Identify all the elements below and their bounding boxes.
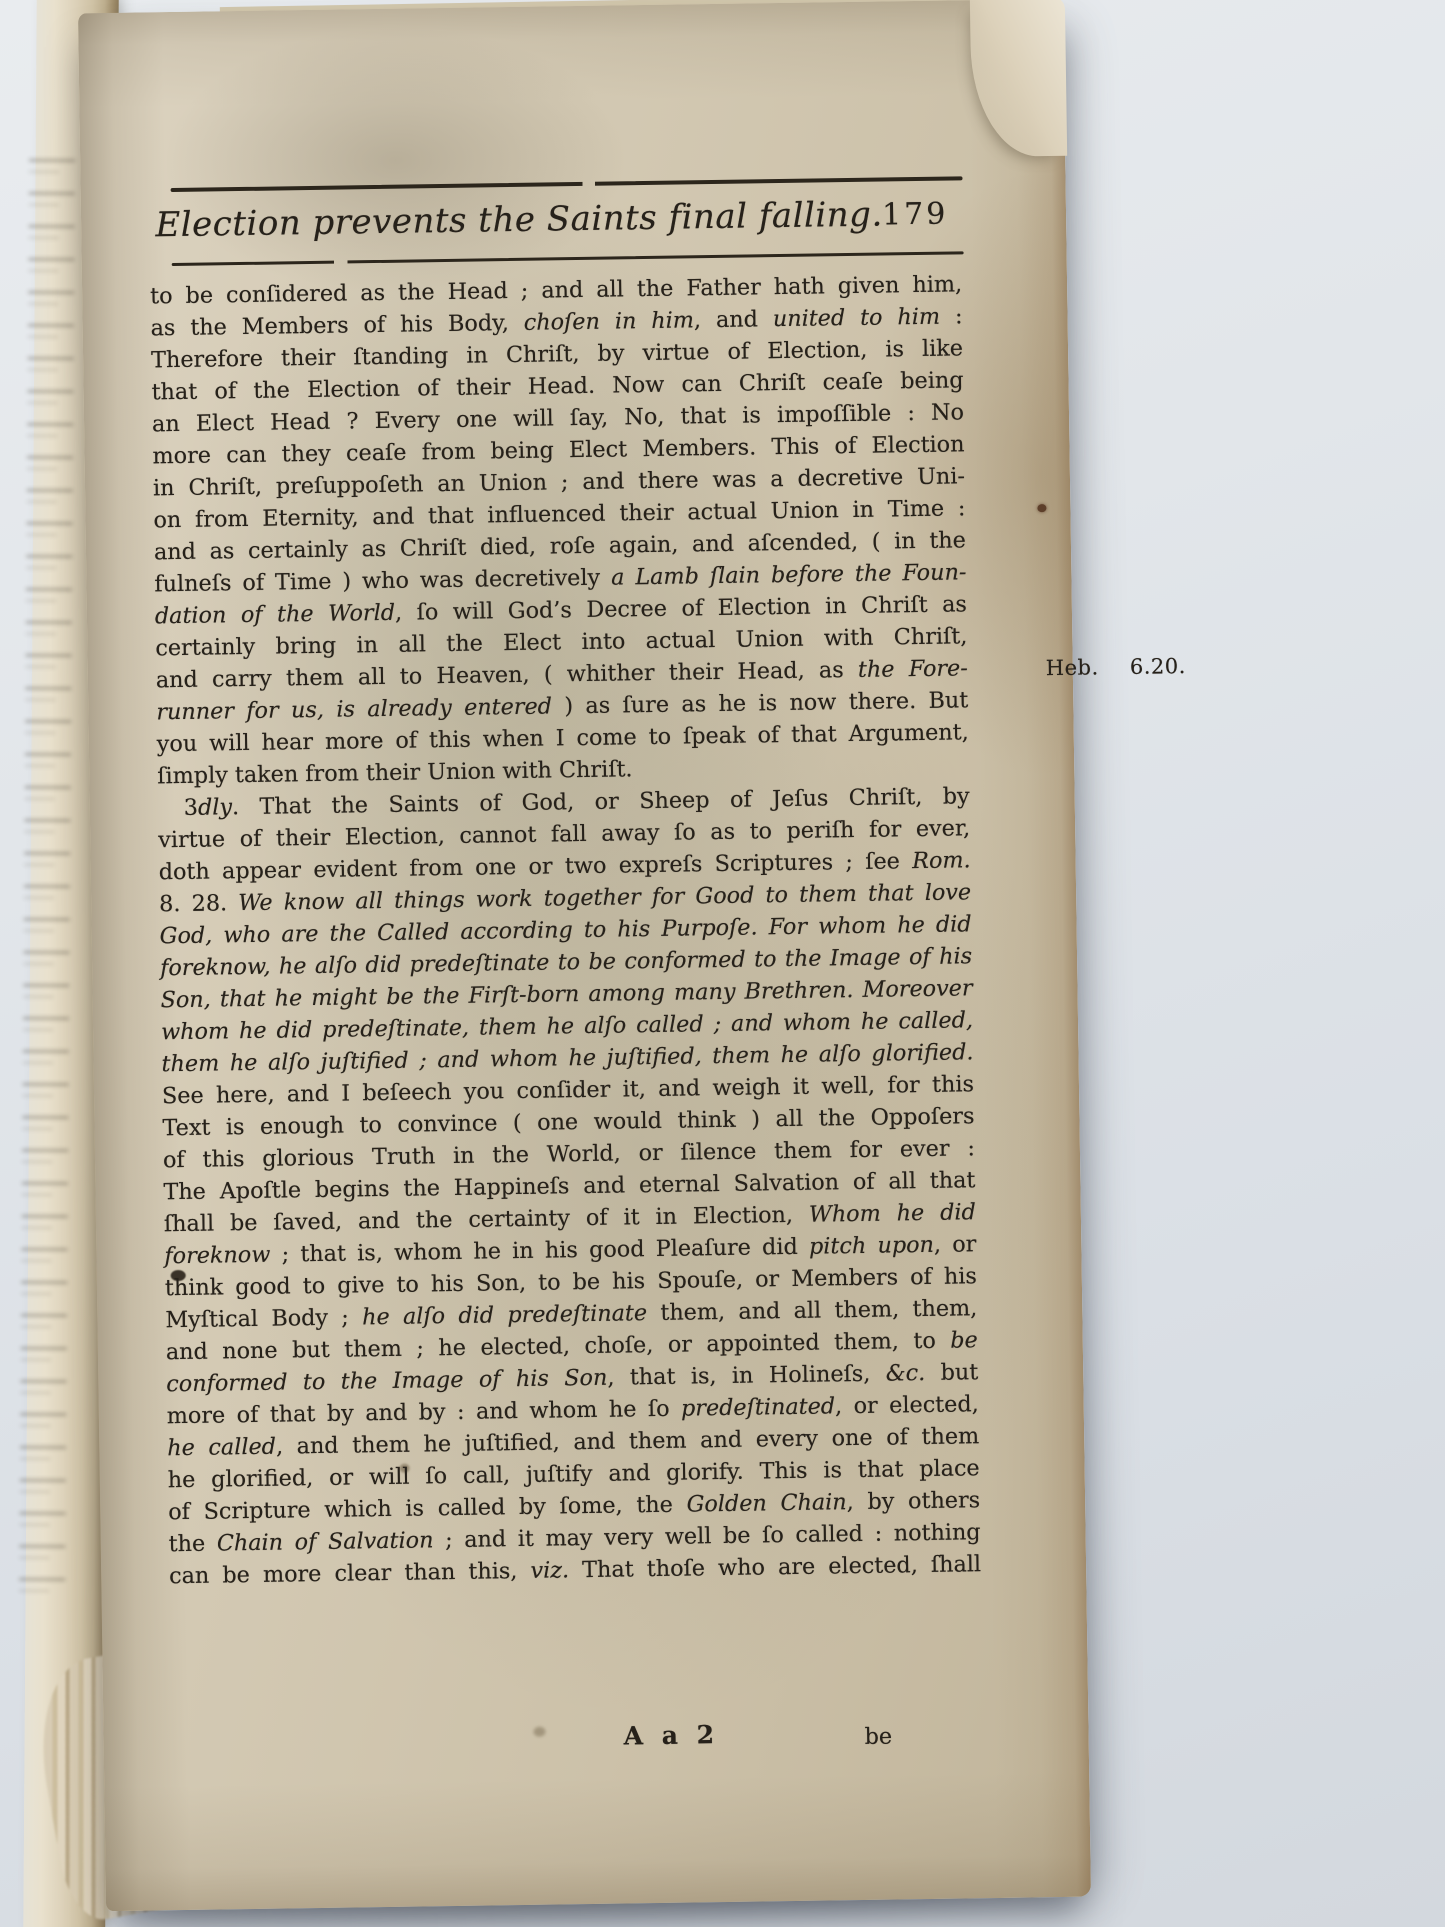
text-segment: ; and it may very well be ſo called : no… xyxy=(433,1519,981,1553)
margin-note: Heb. 6.20. xyxy=(1046,650,1186,684)
text-segment: them, and all them, them, xyxy=(647,1295,978,1326)
text-segment: , or xyxy=(934,1231,977,1258)
text-segment: dly xyxy=(198,794,232,821)
signature-mark: A a 2 xyxy=(623,1720,719,1750)
text-segment: more of that by and by : and whom he ſo xyxy=(167,1396,682,1430)
text-segment: as the Members of his Body, xyxy=(150,310,524,342)
book-page: Election prevents the Saints final falli… xyxy=(78,0,1091,1911)
text-segment: runner for us, is already entered xyxy=(156,693,552,725)
photo-backdrop: Election prevents the Saints final falli… xyxy=(0,0,1445,1927)
text-segment: foreknow xyxy=(164,1242,270,1270)
page-corner-curl xyxy=(970,0,1067,157)
text-segment: he alſo did predeſtinate xyxy=(362,1300,647,1330)
text-segment: of Scripture which is called by ſome, th… xyxy=(168,1492,687,1526)
text-segment: ) as ſure as he is now there. But xyxy=(552,687,969,719)
page-number: 179 xyxy=(882,186,973,243)
text-segment: , by others xyxy=(847,1487,981,1515)
text-segment: 3 xyxy=(184,795,199,821)
text-segment: 8. 28. xyxy=(159,890,239,917)
signature-row: A a 2 be xyxy=(171,1716,983,1762)
text-segment: dation of the World xyxy=(155,600,395,630)
text-segment: , and xyxy=(694,306,773,333)
text-segment: the Fore- xyxy=(858,655,968,683)
text-segment: the xyxy=(169,1531,218,1558)
text-segment: , that is, in Holineſs, xyxy=(607,1361,886,1391)
text-segment: viz. xyxy=(530,1557,569,1584)
catchword: be xyxy=(864,1724,892,1750)
text-segment: Chain of Salvation xyxy=(217,1527,434,1556)
text-segment: Whom he did xyxy=(809,1199,976,1227)
text-segment: Golden Chain xyxy=(686,1489,846,1517)
text-segment: That thoſe who are elected, ſhall xyxy=(569,1551,981,1583)
text-segment: be xyxy=(950,1327,978,1353)
printed-content: Election prevents the Saints final falli… xyxy=(148,150,968,162)
ink-fleck xyxy=(1037,504,1046,512)
text-segment: conformed to the Image of his Son xyxy=(166,1365,607,1398)
text-segment: Rom. xyxy=(912,847,971,874)
body-text: to be conſidered as the Head ; and all t… xyxy=(150,268,981,1592)
header-rule-bottom xyxy=(172,251,964,266)
text-segment: but xyxy=(925,1359,978,1386)
text-segment: united to him xyxy=(773,304,941,332)
text-segment: ; that is, whom he in his good Pleaſure … xyxy=(270,1234,809,1268)
text-segment: predeſtinated xyxy=(681,1393,835,1421)
text-segment: , or elected, xyxy=(835,1391,979,1419)
running-head: Election prevents the Saints final falli… xyxy=(149,184,890,255)
text-segment: Myſtical Body ; xyxy=(165,1304,362,1333)
text-segment: a Lamb ſlain before the Foun- xyxy=(611,559,967,590)
text-segment: choſen in him xyxy=(524,307,695,336)
text-segment: &c. xyxy=(886,1360,926,1387)
text-segment: ſimply taken from their Union with Chriſ… xyxy=(157,756,633,789)
text-segment: he called xyxy=(167,1434,276,1462)
text-segment: can be more clear than this, xyxy=(169,1558,531,1589)
text-segment: fulneſs of Time ) who was decretively xyxy=(154,565,611,598)
text-segment: : xyxy=(940,303,963,329)
text-segment: pitch upon xyxy=(809,1232,934,1260)
